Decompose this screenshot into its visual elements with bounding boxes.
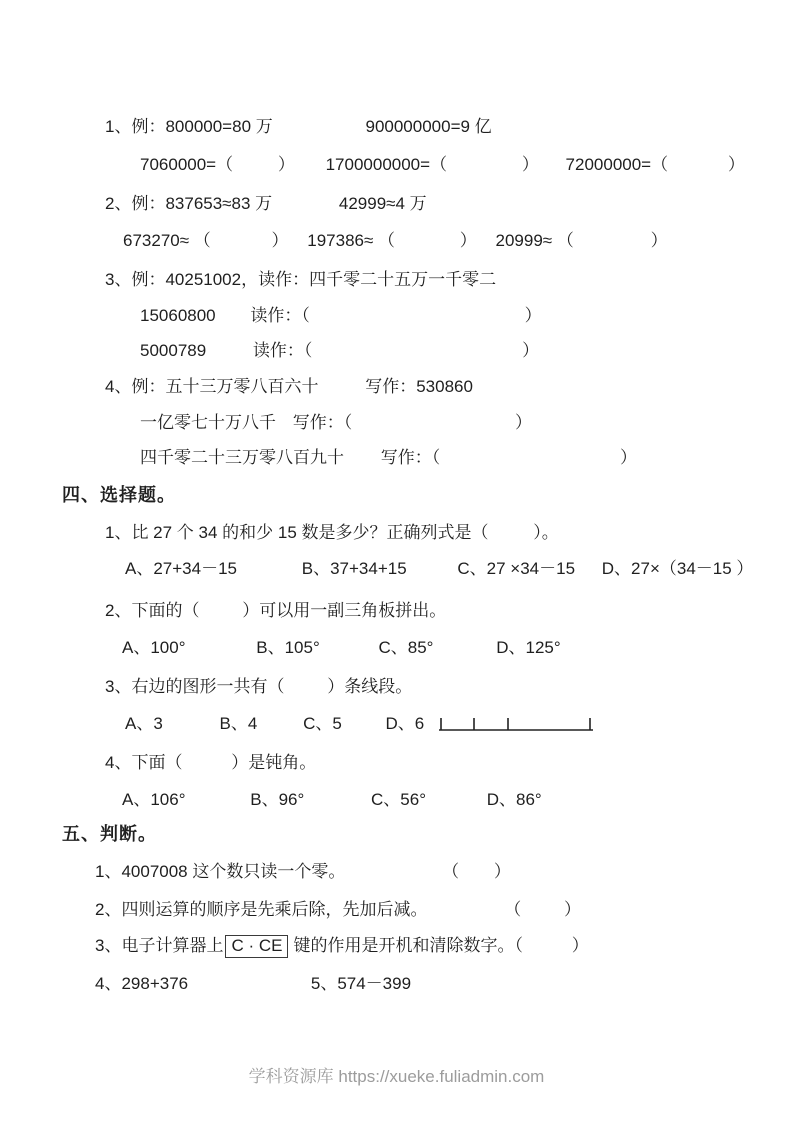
blank-label: 读作：（	[253, 341, 313, 360]
blank-close: ）	[620, 448, 637, 467]
fill-item4-row2: 四千零二十三万零八百九十 写作：（ ）	[0, 446, 637, 470]
question-text: ）是钝角。	[231, 753, 316, 772]
blank-close: ）	[572, 936, 589, 955]
choice-q2-options: A、100° B、105° C、85° D、125°	[0, 636, 561, 660]
judge-section-title: 五、判断。	[0, 822, 157, 846]
number-value: 5000789	[140, 341, 206, 360]
blank-close: ）	[494, 862, 511, 881]
question-text: 1、比 27 个 34 的和少 15 数是多少？正确列式是（	[105, 523, 489, 542]
blank-label: 写作：（	[293, 413, 353, 432]
footer-watermark: 学科资源库 https://xueke.fuliadmin.com	[0, 1062, 793, 1087]
example-text: 900000000=9 亿	[365, 117, 491, 136]
statement-text: 1、4007008 这个数只读一个零。	[95, 862, 345, 881]
option-d: D、86°	[487, 790, 542, 809]
statement-text: 3、电子计算器上	[95, 936, 223, 955]
blank-close: ）	[522, 341, 539, 360]
choice-q3-question: 3、右边的图形一共有（ ）条线段。	[0, 675, 412, 699]
option-b: B、4	[220, 714, 258, 733]
number-words: 四千零二十三万零八百九十	[140, 448, 344, 467]
line-segment-figure-svg	[438, 715, 596, 733]
blank-label: 1700000000=（	[326, 155, 447, 174]
fill-item3-row1: 15060800 读作：（ ）	[0, 304, 542, 328]
option-d: D、27×（34－15 ）	[602, 559, 754, 578]
option-d: D、6	[386, 714, 425, 733]
blank-close: ）	[278, 155, 295, 174]
blank-close: ）	[272, 231, 289, 250]
blank-label: 20999≈ （	[496, 231, 574, 250]
blank-close: ）	[460, 231, 477, 250]
judge-item2: 2、四则运算的顺序是先乘后除，先加后减。 （ ）	[0, 898, 581, 922]
fill-item4-row1: 一亿零七十万八千 写作：（ ）	[0, 411, 532, 435]
question-text: 4、下面（	[105, 753, 182, 772]
example-text: 3、例：40251002，读作：四千零二十五万一千零二	[105, 270, 496, 289]
choice-q1-question: 1、比 27 个 34 的和少 15 数是多少？正确列式是（ ）。	[0, 521, 559, 545]
choice-section-title: 四、选择题。	[0, 483, 176, 507]
choice-q1-options: A、27+34－15 B、37+34+15 C、27 ×34－15 D、27×（…	[0, 557, 753, 581]
option-c: C、56°	[371, 790, 426, 809]
choice-q2-question: 2、下面的（ ）可以用一副三角板拼出。	[0, 599, 446, 623]
fill-item1-answer-line: 7060000=（ ） 1700000000=（ ） 72000000=（ ）	[0, 153, 745, 177]
blank-close: ）。	[533, 523, 559, 542]
section-heading: 四、选择题。	[62, 485, 176, 505]
choice-q3-options: A、3 B、4 C、5 D、6	[0, 712, 424, 736]
line-segment-figure	[438, 715, 596, 738]
fill-item1-example-line: 1、例：800000=80 万 900000000=9 亿	[0, 115, 492, 139]
fill-item3-example-line: 3、例：40251002，读作：四千零二十五万一千零二	[0, 268, 496, 292]
blank-label: 读作：（	[250, 306, 310, 325]
footer-text: 学科资源库 https://xueke.fuliadmin.com	[249, 1067, 545, 1086]
blank-close: ）	[564, 900, 581, 919]
blank-close: ）	[728, 155, 745, 174]
question-text: ）条线段。	[327, 677, 412, 696]
judge-item1: 1、4007008 这个数只读一个零。 （ ）	[0, 860, 511, 884]
number-value: 15060800	[140, 306, 216, 325]
blank-close: ）	[525, 306, 542, 325]
question-text: 3、右边的图形一共有（	[105, 677, 284, 696]
option-b: B、96°	[250, 790, 304, 809]
calculator-key-cce: C · CE	[225, 935, 288, 958]
blank-open: （	[442, 862, 459, 881]
choice-q4-question: 4、下面（ ）是钝角。	[0, 751, 316, 775]
option-c: C、27 ×34－15	[457, 559, 575, 578]
choice-q4-options: A、106° B、96° C、56° D、86°	[0, 788, 542, 812]
fill-item3-row2: 5000789 读作：（ ）	[0, 339, 539, 363]
blank-label: 197386≈ （	[307, 231, 395, 250]
blank-label: 72000000=（	[566, 155, 669, 174]
blank-label: 7060000=（	[140, 155, 233, 174]
example-text: 2、例：837653≈83 万	[105, 194, 272, 213]
fill-item4-example-line: 4、例：五十三万零八百六十 写作：530860	[0, 375, 473, 399]
blank-label: 写作：（	[381, 448, 441, 467]
number-words: 一亿零七十万八千	[140, 413, 276, 432]
option-c: C、5	[303, 714, 342, 733]
option-a: A、106°	[122, 790, 186, 809]
section-heading: 五、判断。	[62, 824, 157, 844]
judge-item3: 3、电子计算器上C · CE键的作用是开机和清除数字。（ ）	[0, 934, 589, 958]
example-text: 42999≈4 万	[339, 194, 427, 213]
option-b: B、105°	[256, 638, 320, 657]
judge-items-4-5: 4、298+376 5、574－399	[0, 972, 411, 996]
blank-close: ）	[522, 155, 539, 174]
option-d: D、125°	[496, 638, 560, 657]
blank-close: ）	[651, 231, 668, 250]
example-text: 4、例：五十三万零八百六十	[105, 377, 318, 396]
statement-text: 键的作用是开机和清除数字。（	[293, 936, 523, 955]
option-a: A、27+34－15	[125, 559, 237, 578]
option-a: A、3	[125, 714, 163, 733]
option-c: C、85°	[379, 638, 434, 657]
example-text: 写作：530860	[365, 377, 473, 396]
blank-close: ）	[515, 413, 532, 432]
statement-text: 2、四则运算的顺序是先乘后除，先加后减。	[95, 900, 427, 919]
fill-item2-example-line: 2、例：837653≈83 万 42999≈4 万	[0, 192, 427, 216]
expression-4: 4、298+376	[95, 974, 188, 993]
question-text: 2、下面的（	[105, 601, 199, 620]
option-b: B、37+34+15	[302, 559, 407, 578]
blank-open: （	[504, 900, 521, 919]
example-text: 1、例：800000=80 万	[105, 117, 273, 136]
blank-label: 673270≈ （	[123, 231, 211, 250]
worksheet-page: 1、例：800000=80 万 900000000=9 亿 7060000=（ …	[0, 0, 793, 1122]
option-a: A、100°	[122, 638, 186, 657]
expression-5: 5、574－399	[311, 974, 411, 993]
fill-item2-answer-line: 673270≈ （ ） 197386≈ （ ） 20999≈ （ ）	[0, 229, 668, 253]
question-text: ）可以用一副三角板拼出。	[242, 601, 446, 620]
